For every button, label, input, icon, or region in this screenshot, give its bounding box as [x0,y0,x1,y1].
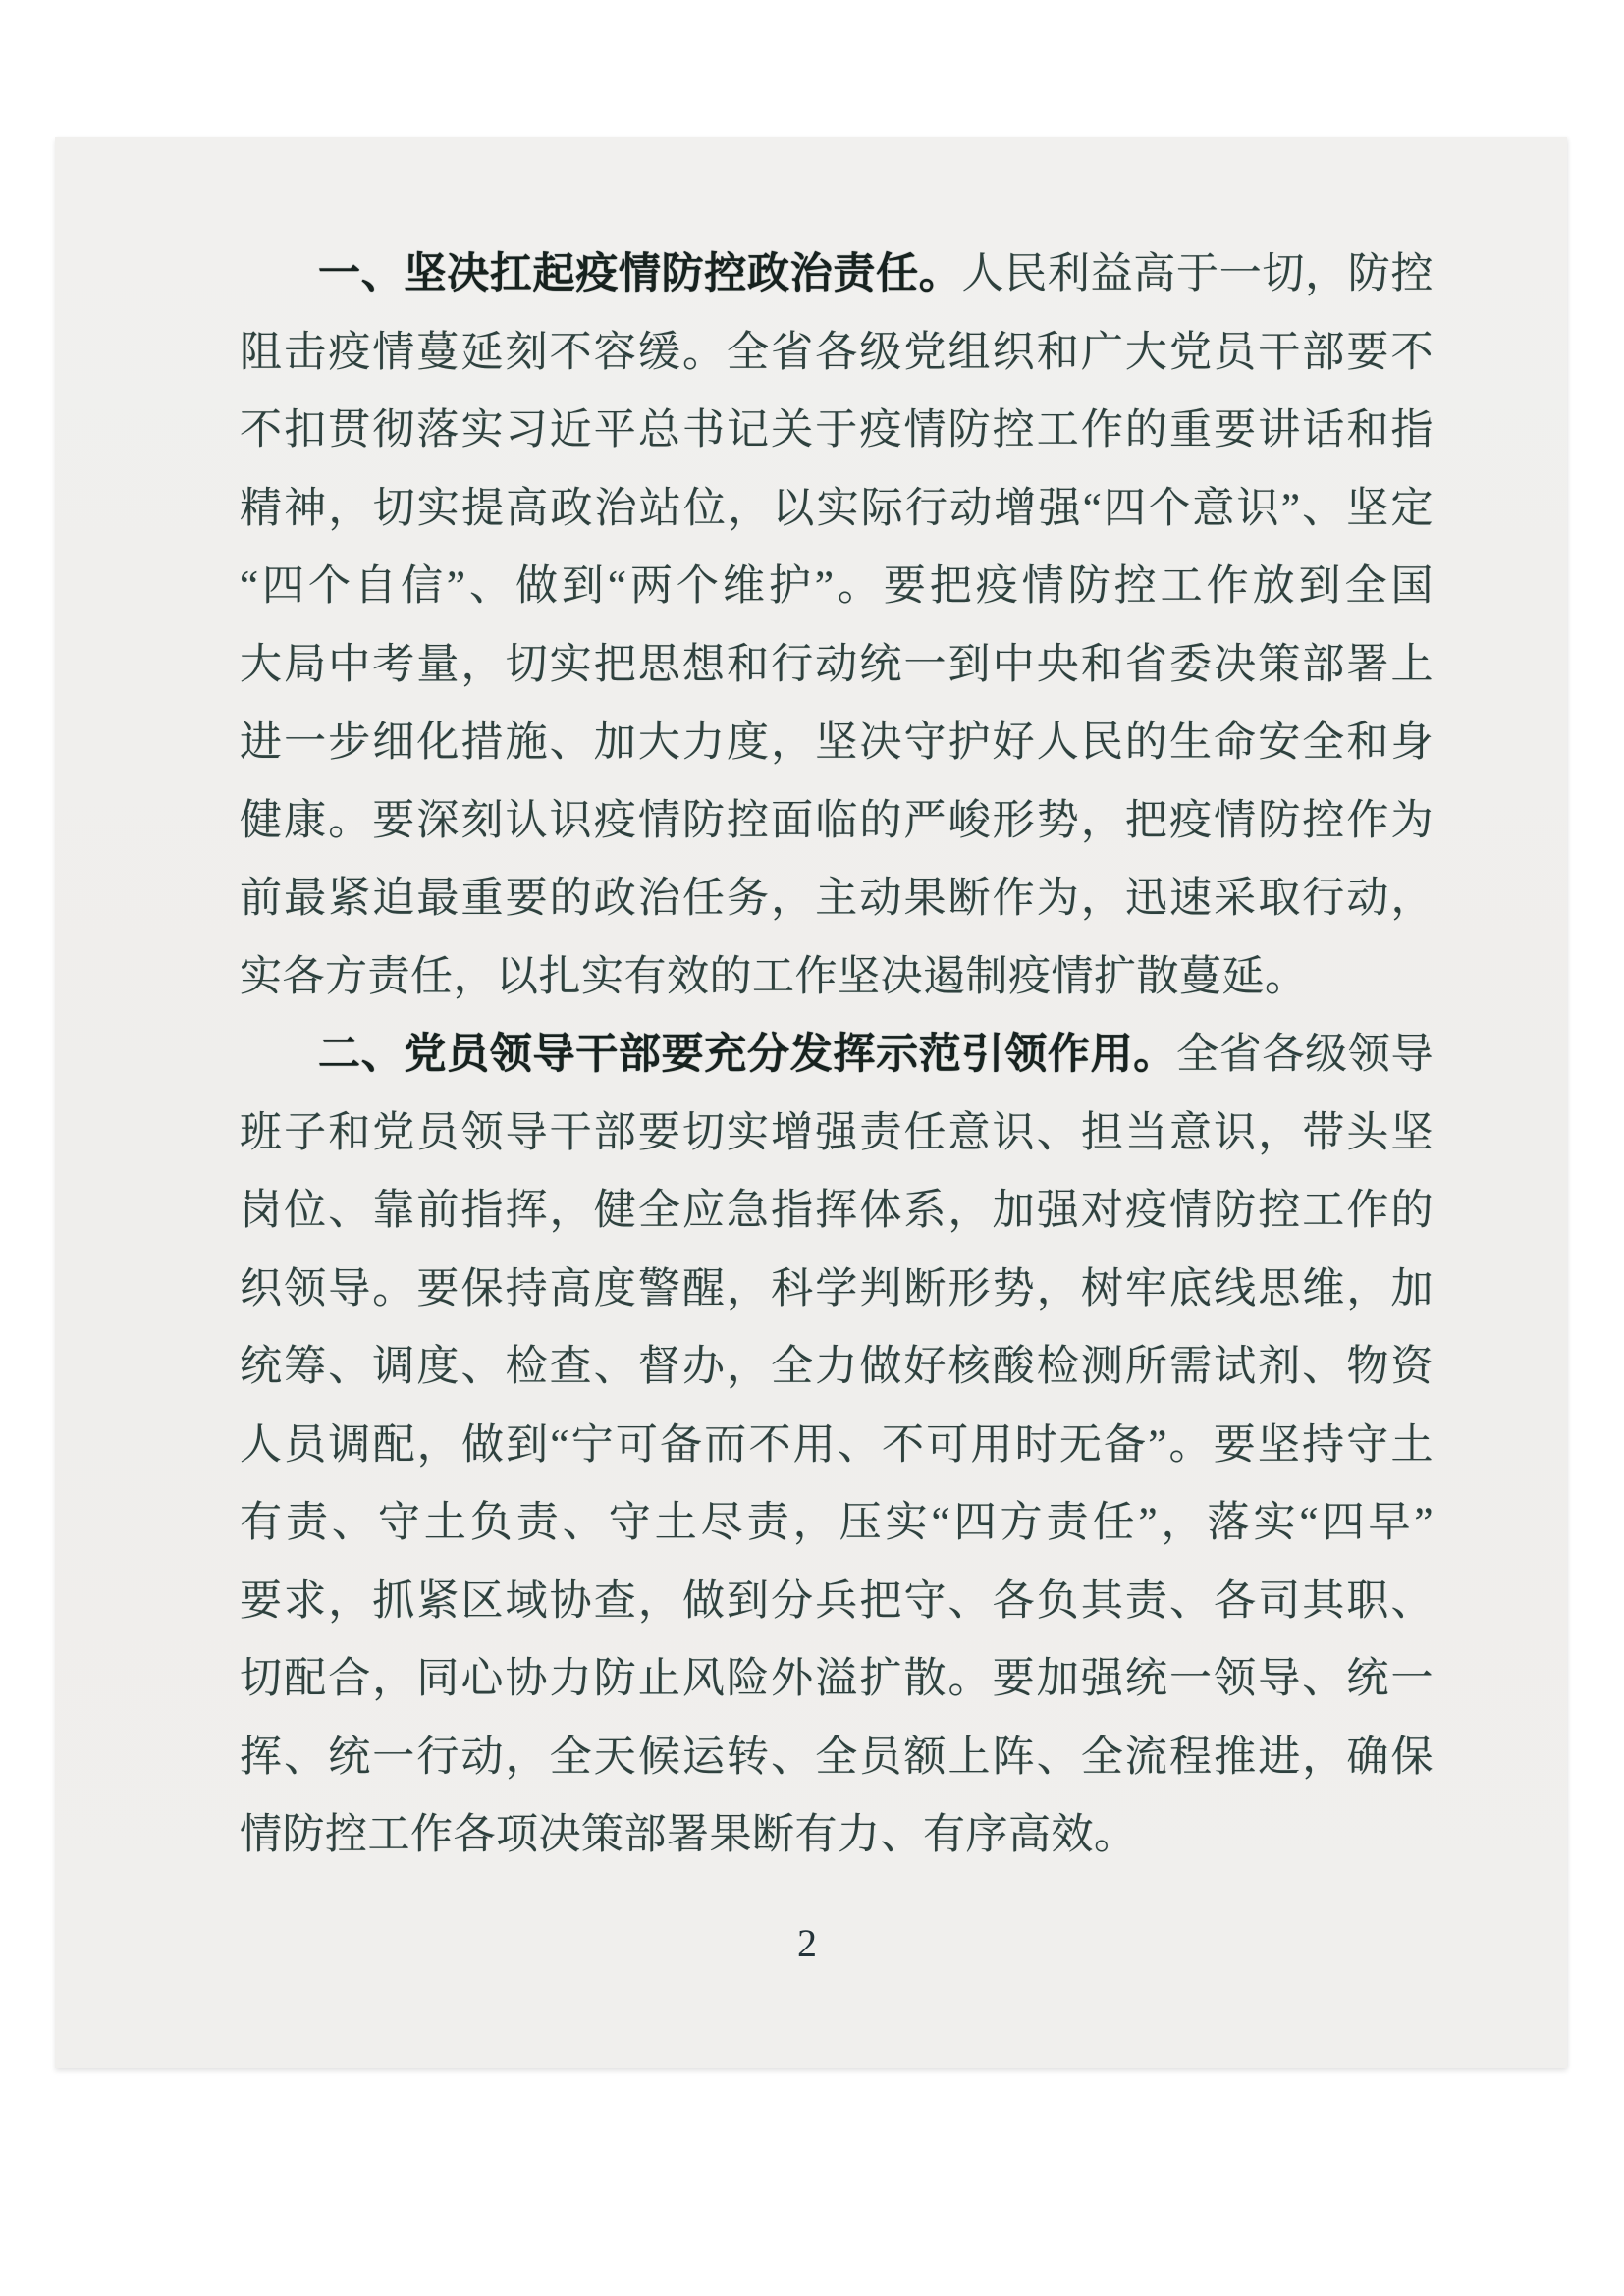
line-text: 健康。要深刻认识疫情防控面临的严峻形势，把疫情防控作为当 [240,798,1434,861]
line-text: 全省各级领导 [1176,1032,1434,1078]
text-line-5: “四个自信”、做到“两个维护”。要把疫情防控工作放到全国 [240,548,1434,626]
line-text: 人民利益高于一切，防控 [962,251,1435,297]
text-line-21: 情防控工作各项决策部署果断有力、有序高效。 [240,1796,1434,1875]
text-line-17: 有责、守土负责、守土尽责，压实“四方责任”，落实“四早” [240,1484,1434,1563]
page-number: 2 [210,1920,1404,1966]
line-text: 统筹、调度、检查、督办，全力做好核酸检测所需试剂、物资及 [240,1344,1434,1407]
text-line-14: 织领导。要保持高度警醒，科学判断形势，树牢底线思维，加强 [240,1251,1434,1329]
line-text: 阻击疫情蔓延刻不容缓。全省各级党组织和广大党员干部要不折 [240,330,1434,393]
line-text: 挥、统一行动，全天候运转、全员额上阵、全流程推进，确保疫 [240,1735,1434,1797]
line-text: 实各方责任，以扎实有效的工作坚决遏制疫情扩散蔓延。 [240,954,1308,1000]
line-text: 不扣贯彻落实习近平总书记关于疫情防控工作的重要讲话和指示 [240,407,1434,470]
line-text: 切配合，同心协力防止风险外溢扩散。要加强统一领导、统一指 [240,1656,1434,1719]
text-line-18: 要求，抓紧区域协查，做到分兵把守、各负其责、各司其职、密 [240,1563,1434,1641]
line-text: 织领导。要保持高度警醒，科学判断形势，树牢底线思维，加强 [240,1266,1434,1329]
text-line-6: 大局中考量，切实把思想和行动统一到中央和省委决策部署上来， [240,626,1434,705]
scanned-document-page: 一、坚决扛起疫情防控政治责任。人民利益高于一切，防控阻击疫情蔓延刻不容缓。全省各… [55,137,1567,2068]
text-line-10: 实各方责任，以扎实有效的工作坚决遏制疫情扩散蔓延。 [240,938,1434,1017]
line-text: 情防控工作各项决策部署果断有力、有序高效。 [240,1812,1137,1858]
text-line-9: 前最紧迫最重要的政治任务，主动果断作为，迅速采取行动，压 [240,860,1434,938]
text-line-1: 一、坚决扛起疫情防控政治责任。人民利益高于一切，防控 [240,236,1434,314]
text-line-3: 不扣贯彻落实习近平总书记关于疫情防控工作的重要讲话和指示 [240,392,1434,470]
text-line-4: 精神，切实提高政治站位，以实际行动增强“四个意识”、坚定 [240,470,1434,549]
line-text: 人员调配，做到“宁可备而不用、不可用时无备”。要坚持守土 [240,1422,1434,1468]
section-heading: 二、党员领导干部要充分发挥示范引领作用。 [318,1032,1176,1078]
text-line-11: 二、党员领导干部要充分发挥示范引领作用。全省各级领导 [240,1016,1434,1095]
line-text: 精神，切实提高政治站位，以实际行动增强“四个意识”、坚定 [240,486,1434,532]
text-line-19: 切配合，同心协力防止风险外溢扩散。要加强统一领导、统一指 [240,1640,1434,1719]
line-text: 班子和党员领导干部要切实增强责任意识、担当意识，带头坚守 [240,1110,1434,1173]
document-body: 一、坚决扛起疫情防控政治责任。人民利益高于一切，防控阻击疫情蔓延刻不容缓。全省各… [240,236,1434,1875]
text-line-20: 挥、统一行动，全天候运转、全员额上阵、全流程推进，确保疫 [240,1719,1434,1797]
line-text: 要求，抓紧区域协查，做到分兵把守、各负其责、各司其职、密 [240,1578,1434,1641]
text-line-8: 健康。要深刻认识疫情防控面临的严峻形势，把疫情防控作为当 [240,782,1434,861]
document-content: 一、坚决扛起疫情防控政治责任。人民利益高于一切，防控阻击疫情蔓延刻不容缓。全省各… [240,236,1434,1966]
text-line-12: 班子和党员领导干部要切实增强责任意识、担当意识，带头坚守 [240,1095,1434,1173]
line-text: 有责、守土负责、守土尽责，压实“四方责任”，落实“四早” [240,1500,1434,1546]
line-text: 岗位、靠前指挥，健全应急指挥体系，加强对疫情防控工作的组 [240,1188,1434,1251]
section-heading: 一、坚决扛起疫情防控政治责任。 [318,251,962,297]
line-text: 前最紧迫最重要的政治任务，主动果断作为，迅速采取行动，压 [240,876,1434,938]
line-text: “四个自信”、做到“两个维护”。要把疫情防控工作放到全国 [240,563,1434,610]
line-text: 大局中考量，切实把思想和行动统一到中央和省委决策部署上来， [240,642,1434,705]
text-line-2: 阻击疫情蔓延刻不容缓。全省各级党组织和广大党员干部要不折 [240,314,1434,393]
text-line-13: 岗位、靠前指挥，健全应急指挥体系，加强对疫情防控工作的组 [240,1172,1434,1251]
text-line-7: 进一步细化措施、加大力度，坚决守护好人民的生命安全和身体 [240,704,1434,782]
line-text: 进一步细化措施、加大力度，坚决守护好人民的生命安全和身体 [240,720,1434,782]
text-line-16: 人员调配，做到“宁可备而不用、不可用时无备”。要坚持守土 [240,1407,1434,1485]
text-line-15: 统筹、调度、检查、督办，全力做好核酸检测所需试剂、物资及 [240,1328,1434,1407]
